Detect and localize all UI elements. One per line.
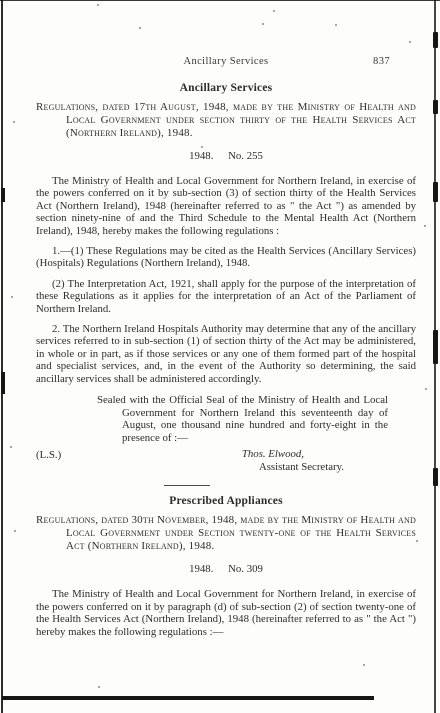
section2-preamble: Regulations, dated 30th November, 1948, … [66,514,416,553]
scan-edge-top [0,0,440,1]
signature-name: Thos. Elwood, [36,448,416,461]
section1-preamble: Regulations, dated 17th August, 1948, ma… [66,101,416,140]
scan-blob [433,100,438,114]
section2-paragraph: The Ministry of Health and Local Governm… [36,588,416,638]
scan-blob [433,182,438,202]
scan-speck [11,296,13,298]
scan-speck [262,23,264,25]
scan-blob [433,330,438,364]
seal-clause: Sealed with the Official Seal of the Min… [122,394,388,444]
section1-citation-year: 1948. [189,150,213,162]
section2-heading: Prescribed Appliances [36,495,416,507]
section-divider [164,485,210,486]
scan-speck [14,530,16,532]
section2-citation-number: No. 309 [228,563,263,575]
scan-speck [335,24,337,26]
running-head: Ancillary Services 837 [36,56,416,67]
section2-citation-year: 1948. [189,563,213,575]
scan-blob [433,468,438,486]
scan-edge-bottom [2,696,374,700]
signature-title: Assistant Secretary. [36,461,416,474]
section2-citation: 1948. No. 309 [36,563,416,575]
scan-speck [98,686,100,688]
scan-blob [1,188,5,202]
document-content: Ancillary Services 837 Ancillary Service… [36,56,416,638]
scan-speck [139,27,141,29]
scan-speck [10,446,12,448]
signature-block: (L.S.) Thos. Elwood, Assistant Secretary… [36,448,416,474]
scan-speck [425,388,427,390]
running-head-title: Ancillary Services [183,56,268,67]
scan-edge-left [1,0,3,713]
ls-mark: (L.S.) [36,449,61,462]
scan-speck [424,225,426,227]
scan-blob [433,32,438,48]
section1-paragraph: 2. The Northern Ireland Hospitals Author… [36,323,416,385]
scan-speck [273,10,275,12]
scan-speck [409,41,411,43]
scan-speck [13,121,15,123]
page-number: 837 [373,56,390,67]
scanned-document-page: Ancillary Services 837 Ancillary Service… [0,0,440,713]
section1-paragraph: 1.—(1) These Regulations may be cited as… [36,245,416,270]
section1-paragraph: The Ministry of Health and Local Governm… [36,175,416,237]
scan-speck [97,4,99,6]
scan-speck [416,540,418,542]
section1-paragraph: (2) The Interpretation Act, 1921, shall … [36,278,416,315]
scan-speck [363,664,365,666]
section1-citation-number: No. 255 [228,150,263,162]
scan-blob [1,372,5,394]
section1-citation: 1948. No. 255 [36,150,416,162]
section1-heading: Ancillary Services [36,82,416,94]
